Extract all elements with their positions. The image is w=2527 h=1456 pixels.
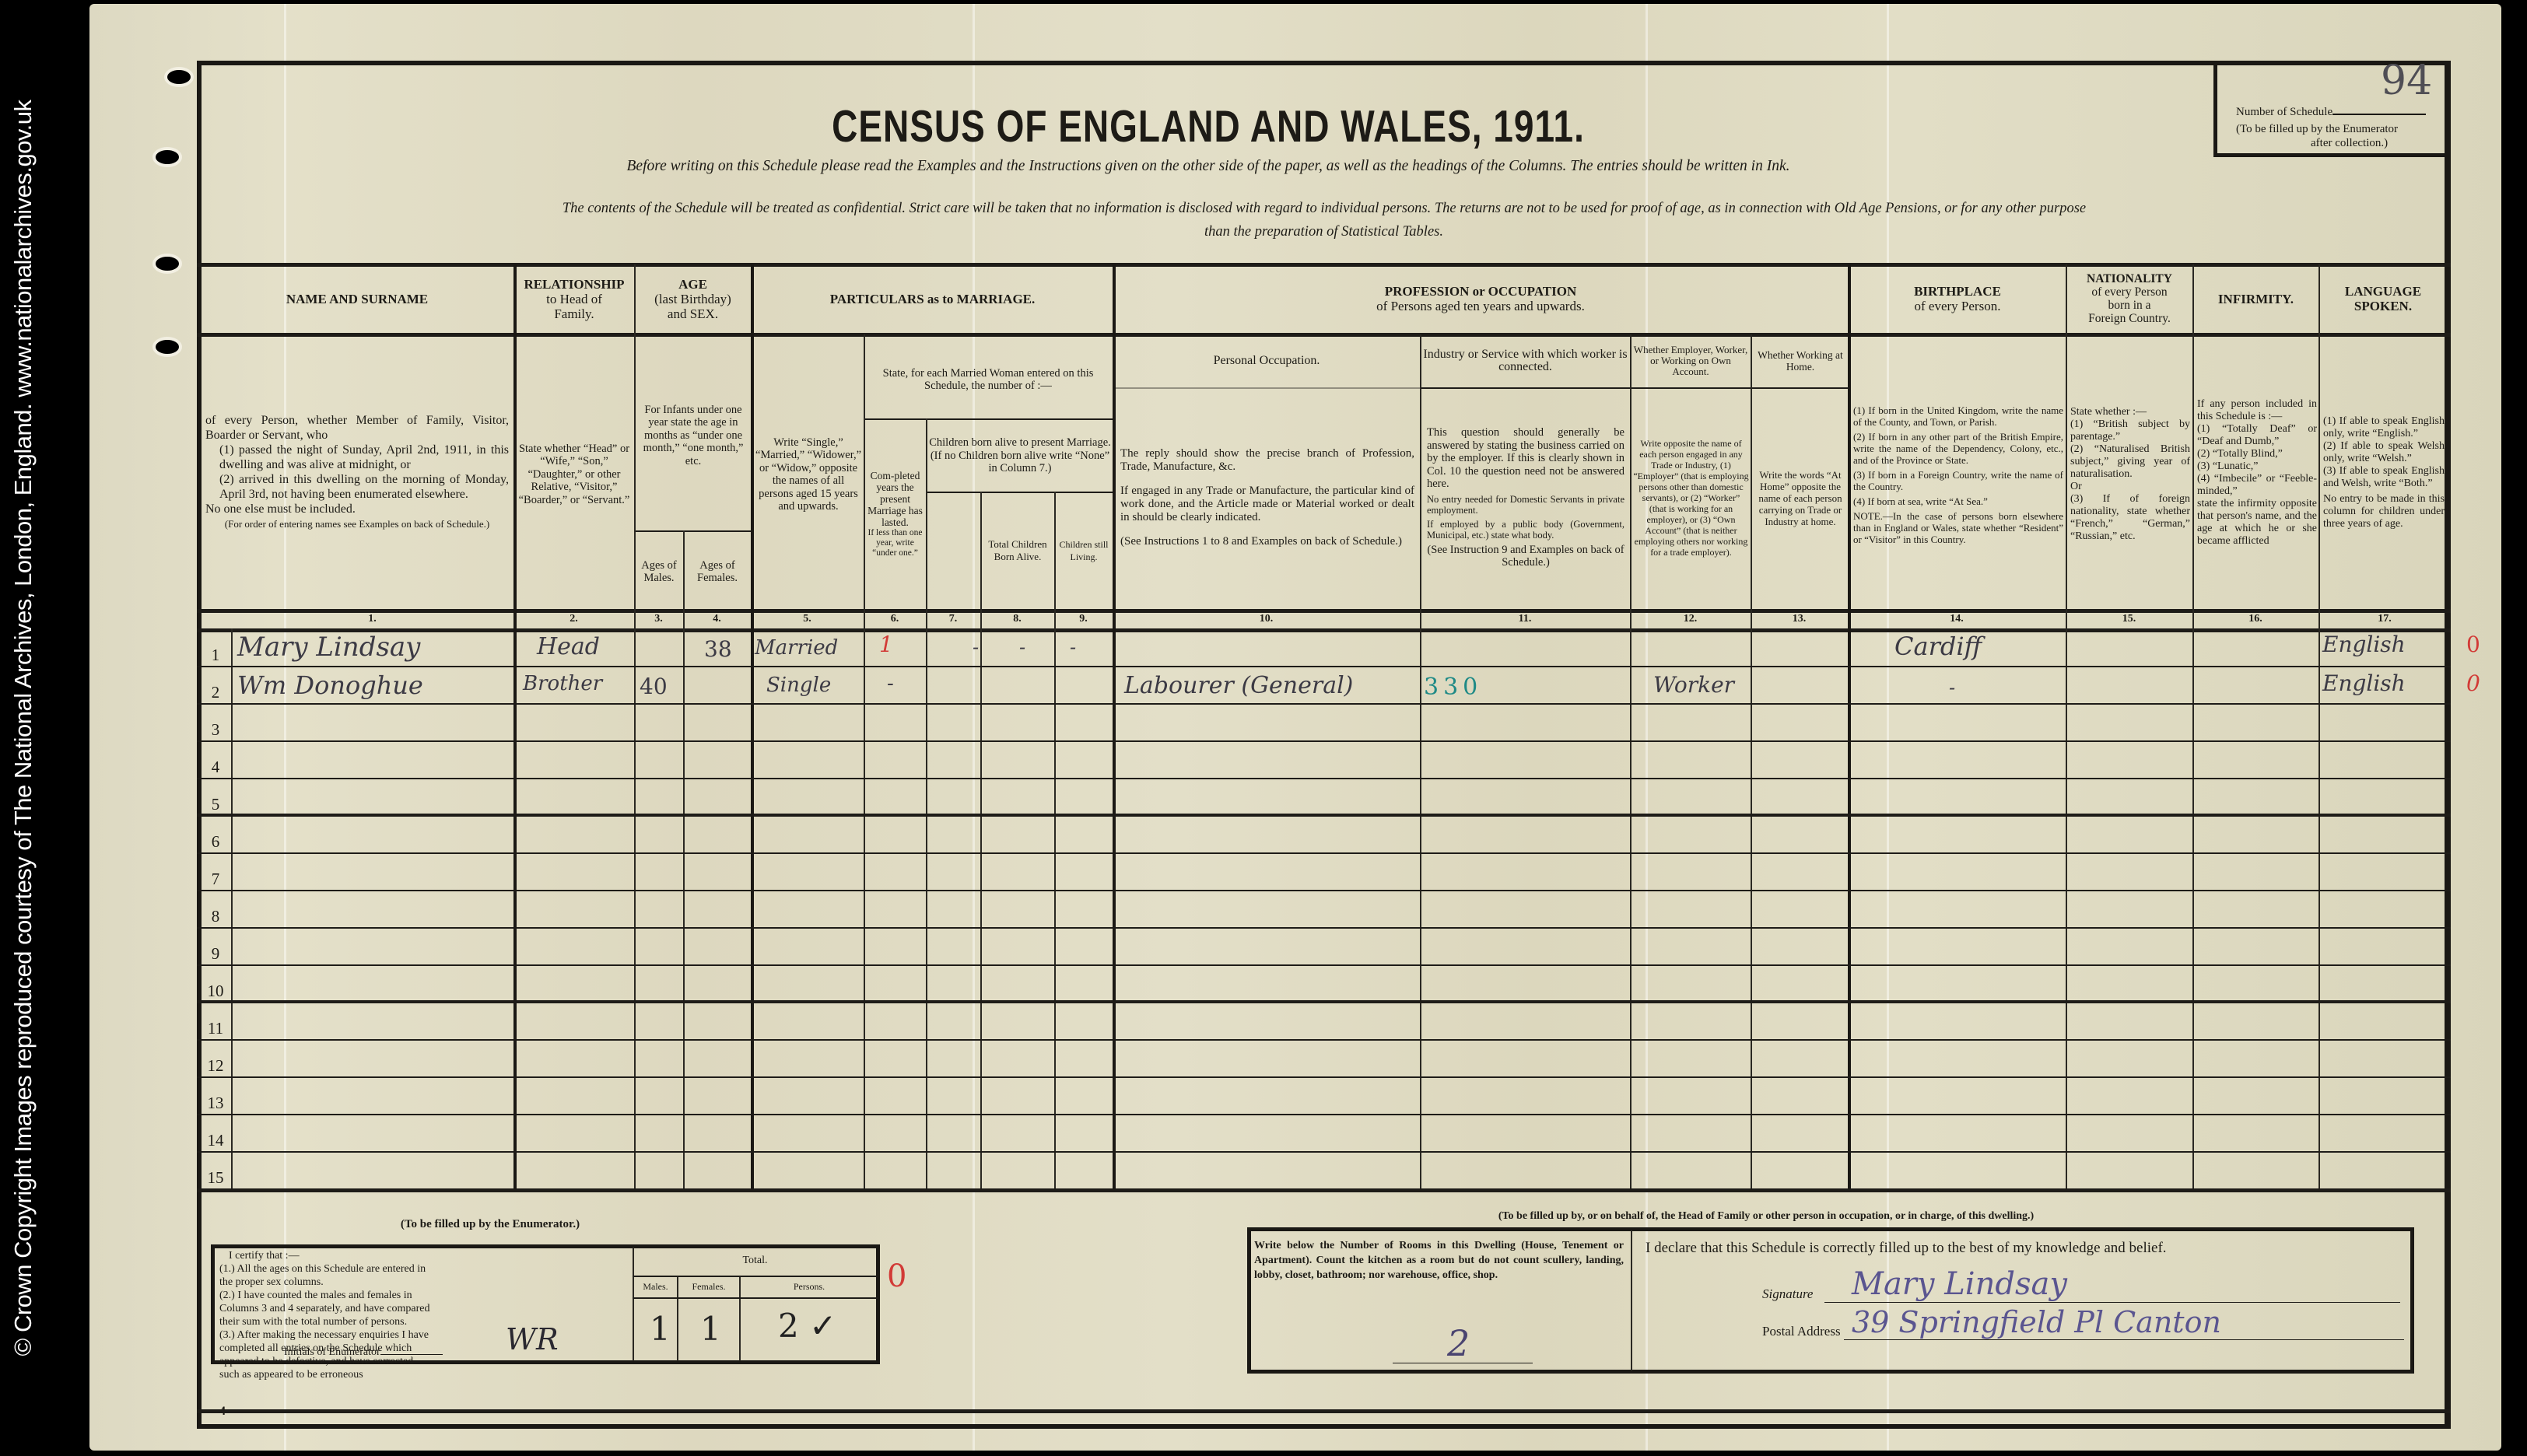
header-relationship: RELATIONSHIPto Head ofFamily. [515, 264, 633, 333]
entry-language: English [2322, 670, 2406, 696]
copyright-notice: © Crown Copyright Images reproduced cour… [2, 0, 45, 1456]
subheader-married-woman: State, for each Married Woman entered on… [867, 342, 1109, 417]
signature-label: Signature [1762, 1286, 1813, 1302]
subheader-employer-body: Write opposite the name of each person e… [1633, 389, 1749, 607]
entry-children-living: - [1019, 636, 1025, 658]
subheader-language-body: (1) If able to speak English only, write… [2323, 339, 2445, 607]
entry-name: Wm Donoghue [237, 670, 423, 700]
initials-value: WR [506, 1322, 559, 1356]
header-language: LANGUAGESPOKEN. [2320, 264, 2446, 333]
entry-marital: Married [755, 636, 838, 660]
subheader-relationship: State whether “Head” or “Wife,” “Son,” “… [518, 342, 630, 607]
rooms-instruction: Write below the Number of Rooms in this … [1254, 1238, 1624, 1283]
entry-birthplace: - [1949, 677, 1955, 698]
certificate-text: I certify that :— (1.) All the ages on t… [219, 1249, 433, 1381]
subheader-ages-males: Ages of Males. [636, 537, 682, 607]
subheader-completed-years: Com-pleted years the present Marriage ha… [865, 422, 925, 607]
entry-years-married: 1 [879, 632, 893, 657]
subheader-at-home-body: Write the words “At Home” opposite the n… [1755, 389, 1845, 607]
subheader-personal-occupation: Personal Occupation. [1115, 336, 1418, 386]
page-title: CENSUS OF ENGLAND AND WALES, 1911. [197, 100, 2220, 152]
header-profession: PROFESSION or OCCUPATIONof Persons aged … [1115, 264, 1846, 333]
subheader-infirmity-body: If any person included in this Schedule … [2197, 339, 2317, 607]
subheader-ages-females: Ages of Females. [685, 537, 750, 607]
subheader-nationality-body: State whether :— (1) “British subject by… [2070, 342, 2190, 607]
margin-mark: 0 [2466, 670, 2480, 696]
total-males: 1 [650, 1310, 671, 1348]
header-age: AGE(last Birthday)and SEX. [636, 264, 750, 333]
subheader-industry: Industry or Service with which worker is… [1422, 336, 1628, 386]
subheader-personal-occupation-body: The reply should show the precise branch… [1120, 389, 1414, 607]
punch-hole [167, 70, 191, 84]
entry-years-married: - [887, 672, 894, 695]
schedule-note-2: after collection.) [2311, 137, 2388, 150]
address-value: 39 Springfield Pl Canton [1852, 1305, 2221, 1339]
subheader-age-infants: For Infants under one year state the age… [638, 342, 748, 529]
entry-total-children: - [973, 636, 979, 658]
header-nationality: NATIONALITYof every Personborn in aForei… [2067, 264, 2192, 333]
entry-age-female: 38 [704, 636, 732, 662]
entry-language: English [2322, 632, 2406, 657]
subheader-children-living: Children still Living. [1056, 495, 1112, 607]
subheader-employer: Whether Employer, Worker, or Working on … [1632, 336, 1749, 386]
household-caption: (To be filled up by, or on behalf of, th… [1260, 1210, 2272, 1223]
rooms-value: 2 [1447, 1322, 1470, 1364]
entry-occupation: Labourer (General) [1124, 672, 1353, 699]
entry-relationship: Brother [523, 672, 602, 695]
header-birthplace: BIRTHPLACEof every Person. [1850, 264, 2065, 333]
subheader-at-home: Whether Working at Home. [1754, 336, 1847, 386]
confidential-line-2: than the preparation of Statistical Tabl… [197, 224, 2451, 240]
initials-label: Initials of Enumerator [284, 1346, 443, 1359]
confidential-line: The contents of the Schedule will be tre… [204, 201, 2445, 217]
header-infirmity: INFIRMITY. [2194, 264, 2318, 333]
enumerator-caption: (To be filled up by the Enumerator.) [335, 1218, 646, 1231]
schedule-note: (To be filled up by the Enumerator [2236, 123, 2398, 136]
subheader-marital: Write “Single,” “Married,” “Widower,” or… [755, 342, 862, 607]
declaration-text: I declare that this Schedule is correctl… [1646, 1240, 2167, 1257]
total-label: Total. [633, 1254, 878, 1267]
entry-industry-code: 330 [1424, 674, 1482, 701]
entry-age-male: 40 [640, 674, 668, 699]
punch-hole [156, 150, 179, 164]
punch-hole [156, 340, 179, 354]
persons-label: Persons. [741, 1280, 878, 1293]
schedule-number-label: Number of Schedule [2236, 106, 2332, 118]
subheader-children-born: Children born alive to present Marriage.… [929, 422, 1111, 490]
females-label: Females. [678, 1280, 739, 1293]
signature-value: Mary Lindsay [1852, 1266, 2067, 1302]
punch-hole [156, 257, 179, 271]
total-females: 1 [700, 1310, 721, 1348]
males-label: Males. [634, 1280, 677, 1293]
header-marriage: PARTICULARS as to MARRIAGE. [753, 264, 1112, 333]
margin-mark: 0 [2466, 632, 2480, 657]
subheader-total-children: Total Children Born Alive. [982, 495, 1053, 607]
entry-name: Mary Lindsay [237, 632, 420, 663]
subheader-birthplace-body: (1) If born in the United Kingdom, write… [1853, 342, 2063, 607]
entry-marital: Single [766, 674, 831, 697]
subheader-name: of every Person, whether Member of Famil… [205, 338, 509, 607]
instruction-line: Before writing on this Schedule please r… [197, 158, 2220, 175]
entry-relationship: Head [537, 633, 600, 660]
page-number: 4 [219, 1405, 226, 1419]
enumerator-red-mark: 0 [887, 1258, 906, 1294]
entry-children-died: - [1070, 636, 1076, 658]
schedule-number-box: Number of Schedule 94 (To be filled up b… [2213, 65, 2450, 157]
entry-birthplace: Cardiff [1894, 632, 1982, 661]
entry-employer-status: Worker [1653, 672, 1734, 698]
address-label: Postal Address [1762, 1324, 1841, 1339]
header-name: NAME AND SURNAME [202, 264, 513, 333]
schedule-number-value: 94 [2381, 58, 2432, 104]
subheader-industry-body: This question should generally be answer… [1427, 389, 1624, 607]
total-persons: 2 ✓ [778, 1307, 836, 1345]
